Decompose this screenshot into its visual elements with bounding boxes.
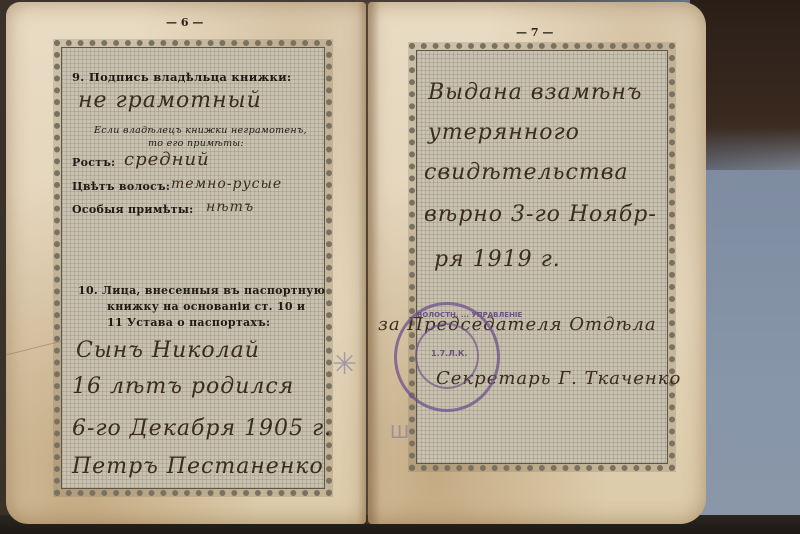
right-handwritten-line: Выдана взамѣнъ [428, 80, 642, 105]
owner-signature: не грамотный [78, 88, 262, 113]
height-value: средний [124, 149, 210, 170]
page-number-6: — 6 — [166, 16, 203, 29]
stamp-outer-text: ВОЛОСТН. ... УПРАВЛЕНІЕ [417, 311, 522, 319]
right-handwritten-line: свидѣтельства [424, 160, 629, 185]
hair-color-value: темно-русые [171, 176, 282, 192]
pencil-mark: ✳ [332, 347, 357, 382]
passport-booklet: — 6 — 9. Подпись владѣльца книжки: не гр… [6, 2, 706, 527]
special-marks-label: Особыя примѣты: [72, 203, 194, 216]
right-handwritten-line: вѣрно 3-го Ноябр- [424, 202, 657, 227]
special-marks-value: нѣтъ [206, 199, 254, 215]
section10-heading-line2: книжку на основаніи ст. 10 и [107, 300, 305, 313]
hair-color-label: Цвѣтъ волосъ: [72, 180, 170, 193]
book-gutter [358, 2, 380, 524]
gray-backdrop [700, 170, 800, 534]
right-handwritten-line: утерянного [428, 120, 580, 145]
paper-crease [7, 340, 65, 355]
dark-backdrop-object [690, 0, 800, 180]
official-stamp: ВОЛОСТН. ... УПРАВЛЕНІЕ 1.7.Л.К. [394, 302, 500, 412]
section9-heading: 9. Подпись владѣльца книжки: [72, 70, 291, 84]
section10-heading-line3: 11 Устава о паспортахъ: [107, 316, 270, 329]
entry-line: 6-го Декабря 1905 г. [72, 416, 332, 441]
height-label: Ростъ: [72, 156, 115, 169]
instruction-line1: Если владѣлецъ книжки неграмотенъ, [94, 125, 307, 136]
instruction-line2: то его примѣты: [148, 138, 244, 149]
pencil-mark: Ш [390, 422, 409, 443]
page-number-7: — 7 — [516, 26, 553, 39]
section10-heading-line1: 10. Лица, внесенныя въ паспортную [78, 284, 325, 297]
entry-line: Сынъ Николай [76, 338, 260, 363]
entry-line: Петръ Пестаненко [72, 454, 324, 479]
entry-line: 16 лѣтъ родился [72, 374, 294, 399]
stamp-center-text: 1.7.Л.К. [431, 349, 467, 358]
right-handwritten-line: ря 1919 г. [434, 247, 561, 272]
